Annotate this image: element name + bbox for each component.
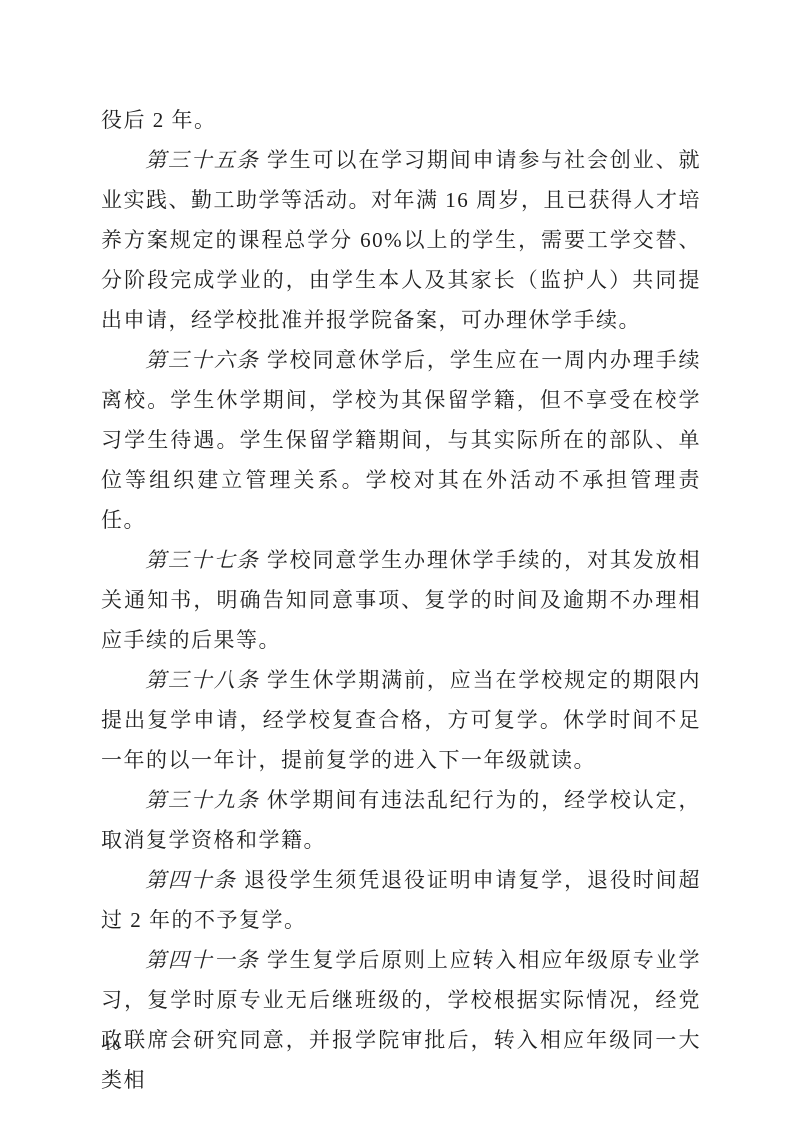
paragraph-text: 学校同意休学后，学生应在一周内办理手续离校。学生休学期间，学校为其保留学籍，但不… [101, 348, 701, 532]
article-heading: 第三十八条 [145, 668, 259, 692]
article-heading: 第三十九条 [145, 788, 259, 812]
page-number: 10 [104, 1036, 121, 1056]
article-heading: 第四十一条 [145, 948, 259, 972]
paragraph: 第四十条退役学生须凭退役证明申请复学，退役时间超过 2 年的不予复学。 [101, 860, 701, 940]
document-page: 役后 2 年。第三十五条学生可以在学习期间申请参与社会创业、就业实践、勤工助学等… [0, 0, 794, 1124]
paragraph: 第三十六条学校同意休学后，学生应在一周内办理手续离校。学生休学期间，学校为其保留… [101, 340, 701, 540]
paragraph: 第三十八条学生休学期满前，应当在学校规定的期限内提出复学申请，经学校复查合格，方… [101, 660, 701, 780]
paragraph-text: 役后 2 年。 [101, 108, 217, 132]
article-heading: 第三十七条 [145, 548, 259, 572]
paragraph: 役后 2 年。 [101, 100, 701, 140]
article-heading: 第三十六条 [145, 348, 259, 372]
article-heading: 第三十五条 [145, 148, 259, 172]
paragraph: 第四十一条学生复学后原则上应转入相应年级原专业学习，复学时原专业无后继班级的，学… [101, 940, 701, 1100]
paragraph-text: 学生可以在学习期间申请参与社会创业、就业实践、勤工助学等活动。对年满 16 周岁… [101, 148, 701, 332]
paragraph: 第三十五条学生可以在学习期间申请参与社会创业、就业实践、勤工助学等活动。对年满 … [101, 140, 701, 340]
article-heading: 第四十条 [145, 868, 237, 892]
paragraph: 第三十七条学校同意学生办理休学手续的，对其发放相关通知书，明确告知同意事项、复学… [101, 540, 701, 660]
paragraph: 第三十九条休学期间有违法乱纪行为的，经学校认定，取消复学资格和学籍。 [101, 780, 701, 860]
document-body: 役后 2 年。第三十五条学生可以在学习期间申请参与社会创业、就业实践、勤工助学等… [101, 100, 701, 1100]
